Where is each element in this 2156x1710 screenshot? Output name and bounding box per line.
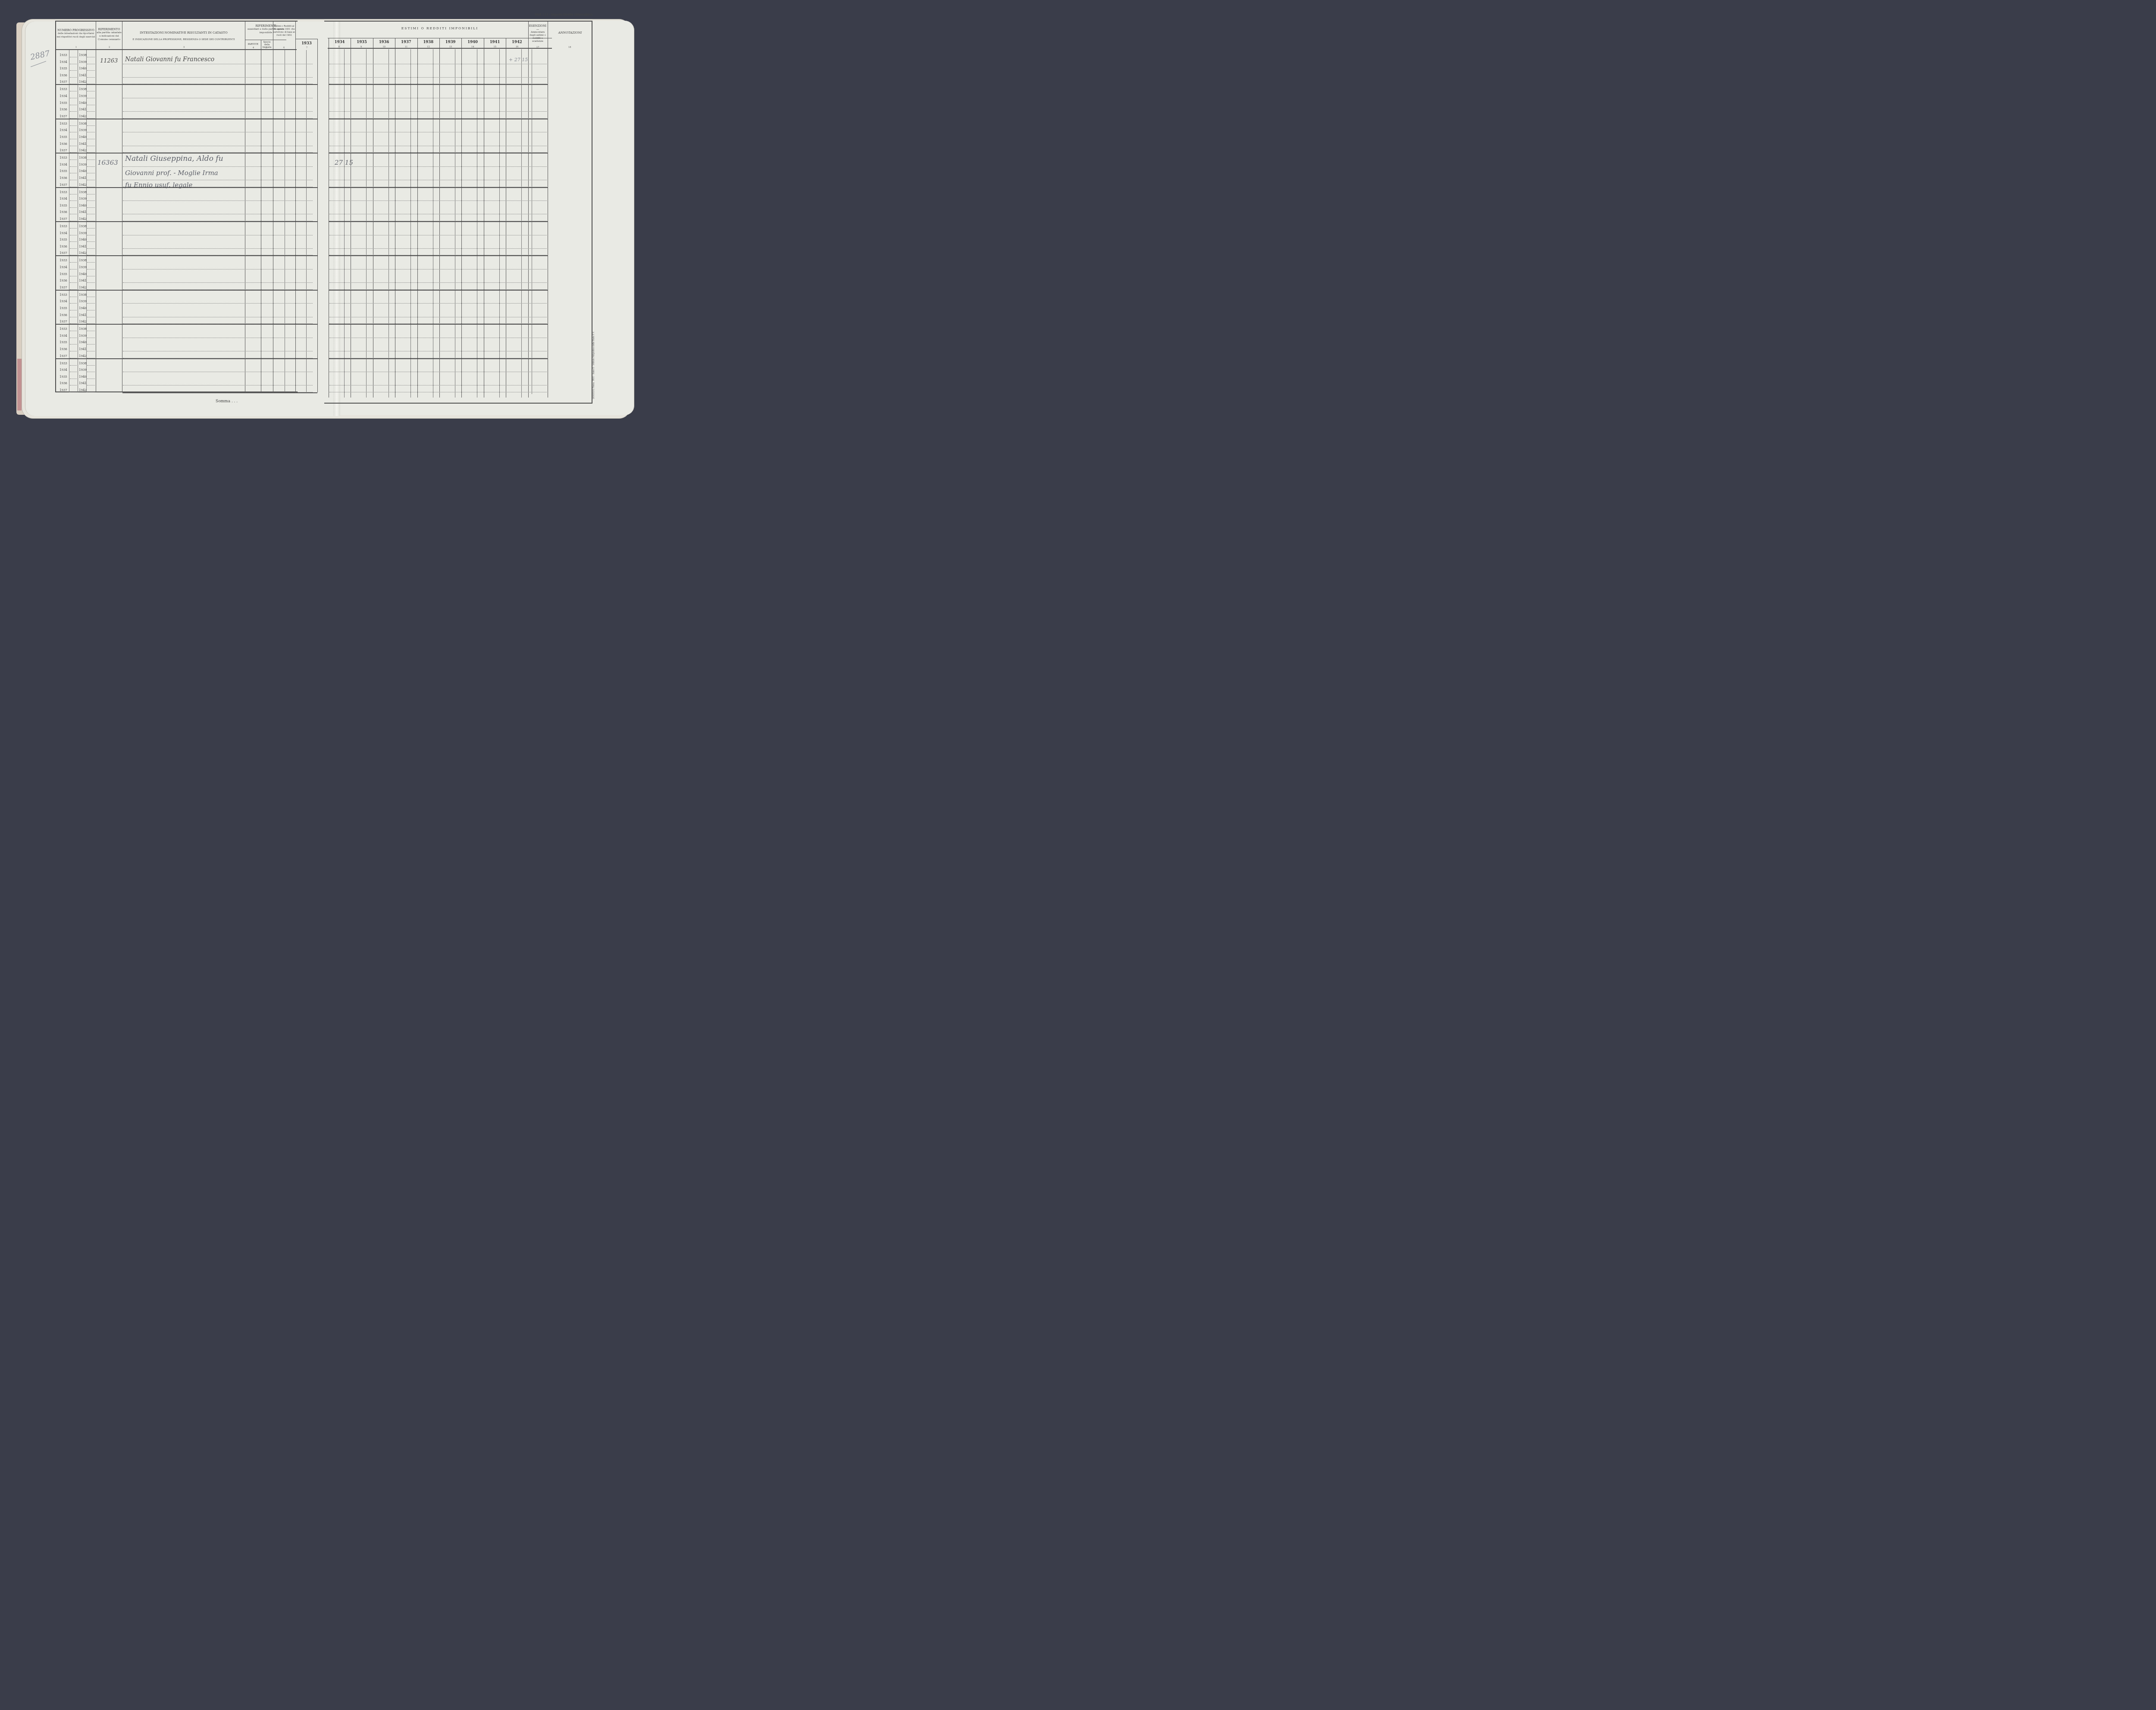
value-dotted-line xyxy=(329,64,547,64)
header-col2: RIFERIMENTO alla partita catastale e ind… xyxy=(97,28,122,41)
year-column-rule xyxy=(461,38,462,398)
header-col6: Estimi o Redditi al 31 agosto 1931 che s… xyxy=(273,25,295,37)
row-year-right: 1938 xyxy=(79,362,87,365)
year-cents-rule xyxy=(433,49,433,398)
row-dotted-line xyxy=(87,125,95,126)
row-year-left: 1937 xyxy=(60,183,67,187)
block-rule-right xyxy=(329,221,548,222)
row-dotted-line xyxy=(87,132,95,132)
row-dotted-line xyxy=(70,194,77,194)
row-year-right: 1938 xyxy=(79,156,87,160)
entry-dotted-line xyxy=(123,77,313,78)
row-year-left: 1935 xyxy=(60,169,67,173)
entry-4-partita: 16363 xyxy=(97,159,118,166)
col7-number: 7 xyxy=(306,47,307,49)
value-dotted-line xyxy=(329,235,547,235)
row-dotted-line xyxy=(70,57,77,57)
row-dotted-line xyxy=(70,351,77,351)
year-colnum-13: 13 xyxy=(449,46,452,48)
row-year-right: 1941 xyxy=(79,382,87,385)
row-year-right: 1942 xyxy=(79,149,87,152)
block-rule-left xyxy=(56,221,317,222)
col1-subtitle: delle intestazioni da riportarsi nei ris… xyxy=(56,32,96,39)
year-column-rule xyxy=(373,38,373,398)
row-dotted-line xyxy=(87,146,95,146)
row-year-left: 1936 xyxy=(60,348,67,351)
row-year-right: 1941 xyxy=(79,245,87,248)
year-cents-rule xyxy=(521,49,522,398)
row-dotted-line xyxy=(87,173,95,173)
year-header-1939: 1939 xyxy=(439,40,461,44)
value-dotted-line xyxy=(329,338,547,338)
row-dotted-line xyxy=(87,303,95,304)
entry-dotted-line xyxy=(123,166,313,167)
row-year-left: 1937 xyxy=(60,354,67,358)
row-dotted-line xyxy=(87,194,95,194)
row-dotted-line xyxy=(70,173,77,173)
block-rule-left xyxy=(56,153,317,153)
col17-subtitle: Ammontare degli estimi o redditi e scade… xyxy=(528,31,548,43)
block-rule-left xyxy=(56,290,317,291)
year-colnum-15: 15 xyxy=(494,46,496,48)
header-col18: ANNOTAZIONI xyxy=(548,31,592,34)
row-dotted-line xyxy=(70,392,77,392)
row-year-right: 1940 xyxy=(79,67,87,70)
block-rule-left xyxy=(56,358,317,359)
entry-dotted-line xyxy=(123,200,313,201)
value-dotted-line xyxy=(329,98,547,98)
row-year-left: 1933 xyxy=(60,362,67,365)
col2-title: RIFERIMENTO xyxy=(97,28,122,31)
row-year-right: 1939 xyxy=(79,128,87,132)
row-year-right: 1941 xyxy=(79,74,87,77)
value-dotted-line xyxy=(329,303,547,304)
row-year-left: 1936 xyxy=(60,210,67,214)
year-colnum-16: 16 xyxy=(516,46,518,48)
row-year-right: 1938 xyxy=(79,293,87,297)
year-header-1938: 1938 xyxy=(417,40,439,44)
row-year-left: 1934 xyxy=(60,60,67,64)
year-cents-rule xyxy=(477,49,477,398)
right-ledger-table xyxy=(324,21,592,404)
row-dotted-line xyxy=(70,160,77,160)
entry-dotted-line xyxy=(123,269,313,269)
col18-number: 18 xyxy=(568,46,571,49)
row-year-right: 1941 xyxy=(79,176,87,180)
row-year-right: 1942 xyxy=(79,286,87,289)
row-year-left: 1934 xyxy=(60,163,67,166)
entry-dotted-line xyxy=(123,317,313,317)
value-dotted-line xyxy=(329,351,547,351)
somma-rule xyxy=(122,392,317,393)
col2-number: 2 xyxy=(109,46,110,49)
row-dotted-line xyxy=(70,146,77,146)
row-dotted-line xyxy=(87,392,95,392)
row-year-right: 1939 xyxy=(79,197,87,200)
value-dotted-line xyxy=(329,77,547,78)
row-dotted-line xyxy=(70,365,77,366)
row-year-right: 1940 xyxy=(79,341,87,344)
row-year-left: 1933 xyxy=(60,88,67,91)
row-year-right: 1938 xyxy=(79,225,87,228)
row-year-left: 1934 xyxy=(60,300,67,303)
row-dotted-line xyxy=(87,365,95,366)
year-header-1934: 1934 xyxy=(329,40,351,44)
row-year-right: 1940 xyxy=(79,169,87,173)
entry-dotted-line xyxy=(123,235,313,235)
row-dotted-line xyxy=(70,303,77,304)
row-year-right: 1938 xyxy=(79,191,87,194)
row-year-right: 1942 xyxy=(79,115,87,118)
row-dotted-line xyxy=(70,111,77,112)
entry-dotted-line xyxy=(123,282,313,283)
row-dotted-line xyxy=(87,57,95,57)
col3-title: INTESTAZIONI NOMINATIVE RISULTANTI IN CA… xyxy=(122,31,245,34)
row-year-right: 1942 xyxy=(79,388,87,392)
row-year-left: 1934 xyxy=(60,266,67,269)
row-year-right: 1940 xyxy=(79,101,87,105)
row-dotted-line xyxy=(70,207,77,208)
header-col4: PARTITE xyxy=(245,43,261,46)
row-dotted-line xyxy=(87,385,95,385)
row-year-left: 1937 xyxy=(60,251,67,255)
row-dotted-line xyxy=(87,70,95,71)
col18-left-rule xyxy=(548,22,548,398)
value-dotted-line xyxy=(329,317,547,317)
row-year-left: 1937 xyxy=(60,115,67,118)
entry-1-partita: 11263 xyxy=(100,58,118,64)
year-colnum-9: 9 xyxy=(360,46,362,48)
year-colnum-12: 12 xyxy=(427,46,429,48)
row-dotted-line xyxy=(70,214,77,214)
row-year-left: 1935 xyxy=(60,238,67,241)
year-header-1935: 1935 xyxy=(351,40,373,44)
form-code: Mod. 111 - Imposte Dirette (Intercalare)… xyxy=(535,13,593,16)
row-dotted-line xyxy=(70,372,77,372)
value-dotted-line xyxy=(329,200,547,201)
value-dotted-line xyxy=(329,372,547,372)
row-dotted-line xyxy=(87,214,95,214)
row-year-right: 1941 xyxy=(79,210,87,214)
year-cents-rule xyxy=(389,49,389,398)
row-year-left: 1936 xyxy=(60,382,67,385)
row-year-right: 1939 xyxy=(79,334,87,338)
row-year-right: 1939 xyxy=(79,163,87,166)
entry-dotted-line xyxy=(123,64,313,64)
row-year-left: 1936 xyxy=(60,313,67,317)
row-year-left: 1934 xyxy=(60,94,67,98)
row-year-right: 1940 xyxy=(79,375,87,379)
row-dotted-line xyxy=(70,70,77,71)
row-dotted-line xyxy=(70,105,77,105)
row-year-left: 1935 xyxy=(60,341,67,344)
header-col3: INTESTAZIONI NOMINATIVE RISULTANTI IN CA… xyxy=(122,31,245,41)
row-year-left: 1933 xyxy=(60,293,67,297)
value-dotted-line xyxy=(329,146,547,146)
row-dotted-line xyxy=(87,317,95,317)
row-year-left: 1937 xyxy=(60,320,67,323)
row-year-left: 1936 xyxy=(60,245,67,248)
entry-4-name-line3: fu Ennio usuf. legale xyxy=(125,181,192,189)
row-year-left: 1934 xyxy=(60,197,67,200)
row-dotted-line xyxy=(70,338,77,338)
row-dotted-line xyxy=(87,111,95,112)
col5-number: 5 xyxy=(266,47,267,49)
block-rule-right xyxy=(329,255,548,256)
row-dotted-line xyxy=(70,64,77,64)
col6-number: 6 xyxy=(283,47,285,49)
block-rule-right xyxy=(329,84,548,85)
header-col1: NUMERO PROGRESSIVO delle intestazioni da… xyxy=(56,28,96,39)
row-year-right: 1941 xyxy=(79,279,87,282)
row-dotted-line xyxy=(70,262,77,263)
row-dotted-line xyxy=(87,276,95,276)
row-year-right: 1939 xyxy=(79,60,87,64)
year-colnum-8: 8 xyxy=(338,46,340,48)
row-dotted-line xyxy=(70,276,77,276)
row-dotted-line xyxy=(87,160,95,160)
entry-dotted-line xyxy=(123,214,313,214)
entry-dotted-line xyxy=(123,338,313,338)
year-column-rule xyxy=(395,38,395,398)
left-column-rule xyxy=(261,40,261,392)
row-year-left: 1933 xyxy=(60,225,67,228)
row-dotted-line xyxy=(70,317,77,317)
row-year-right: 1940 xyxy=(79,204,87,207)
row-year-right: 1941 xyxy=(79,108,87,111)
col17-title: ESENZIONI xyxy=(528,24,548,28)
entry-dotted-line xyxy=(123,180,313,180)
col7-year-1933: 1933 xyxy=(296,41,317,46)
row-dotted-line xyxy=(70,228,77,229)
year-column-rule xyxy=(484,38,484,398)
row-dotted-line xyxy=(87,91,95,91)
col4-number: 4 xyxy=(253,47,254,49)
year-header-1942: 1942 xyxy=(506,40,528,44)
entry-dotted-line xyxy=(123,111,313,112)
row-dotted-line xyxy=(87,331,95,331)
row-year-left: 1935 xyxy=(60,101,67,105)
row-dotted-line xyxy=(70,379,77,379)
row-year-left: 1935 xyxy=(60,135,67,139)
year-colnum-11: 11 xyxy=(405,46,407,48)
row-year-right: 1939 xyxy=(79,300,87,303)
col1-title: NUMERO PROGRESSIVO xyxy=(56,28,96,32)
col17-dash: — xyxy=(528,28,548,31)
row-dotted-line xyxy=(87,248,95,249)
row-year-left: 1936 xyxy=(60,176,67,180)
value-dotted-line xyxy=(329,166,547,167)
row-year-right: 1940 xyxy=(79,135,87,139)
row-dotted-line xyxy=(70,282,77,283)
row-year-right: 1942 xyxy=(79,217,87,221)
row-dotted-line xyxy=(87,297,95,297)
entry-4-name-line1: Natali Giuseppina, Aldo fu xyxy=(125,154,223,163)
row-dotted-line xyxy=(87,139,95,139)
row-year-left: 1936 xyxy=(60,74,67,77)
row-year-left: 1934 xyxy=(60,334,67,338)
printer-note: (4103531) Roma, 1931 - Anno X - Istituto… xyxy=(593,269,595,399)
row-dotted-line xyxy=(70,331,77,331)
row-dotted-line xyxy=(87,282,95,283)
col17-left-rule xyxy=(528,22,529,398)
entry-4-value-1934: 27 15 xyxy=(335,159,353,166)
row-year-left: 1937 xyxy=(60,217,67,221)
row-dotted-line xyxy=(70,139,77,139)
row-year-right: 1942 xyxy=(79,320,87,323)
year-header-1936: 1936 xyxy=(373,40,395,44)
row-year-left: 1934 xyxy=(60,232,67,235)
left-column-rule xyxy=(96,22,96,392)
row-year-left: 1934 xyxy=(60,128,67,132)
row-dotted-line xyxy=(70,132,77,132)
row-dotted-line xyxy=(70,297,77,297)
row-year-right: 1938 xyxy=(79,122,87,125)
block-rule-left xyxy=(56,255,317,256)
col3-subtitle: E INDICAZIONE DELLA PROFESSIONE, RESIDEN… xyxy=(122,38,245,41)
value-dotted-line xyxy=(329,214,547,214)
block-rule-right xyxy=(329,153,548,153)
year-colnum-10: 10 xyxy=(383,46,385,48)
entry-dotted-line xyxy=(123,146,313,146)
row-year-right: 1938 xyxy=(79,88,87,91)
row-dotted-line xyxy=(87,338,95,338)
block-rule-left xyxy=(56,84,317,85)
year-column-rule xyxy=(417,38,418,398)
entry-dotted-line xyxy=(123,132,313,132)
col18-title: ANNOTAZIONI xyxy=(548,31,592,34)
left-column-rule xyxy=(317,39,318,392)
entry-1-name: Natali Giovanni fu Francesco xyxy=(125,56,214,63)
row-dotted-line xyxy=(87,379,95,379)
row-year-right: 1938 xyxy=(79,259,87,262)
row-dotted-line xyxy=(87,77,95,78)
year-header-1940: 1940 xyxy=(461,40,483,44)
row-dotted-line xyxy=(70,248,77,249)
estimi-title: ESTIMI O REDDITI IMPONIBILI xyxy=(328,27,552,30)
value-dotted-line xyxy=(329,248,547,249)
value-dotted-line xyxy=(329,180,547,180)
row-year-left: 1935 xyxy=(60,375,67,379)
row-dotted-line xyxy=(70,235,77,235)
row-year-right: 1942 xyxy=(79,183,87,187)
row-dotted-line xyxy=(70,125,77,126)
year-column-rule xyxy=(506,38,506,398)
row-year-right: 1938 xyxy=(79,327,87,331)
row-year-left: 1937 xyxy=(60,388,67,392)
row-dotted-line xyxy=(87,64,95,64)
row-year-right: 1941 xyxy=(79,142,87,146)
row-dotted-line xyxy=(70,385,77,385)
row-year-right: 1942 xyxy=(79,251,87,255)
col2-subtitle: alla partita catastale e indicazioni del… xyxy=(97,31,122,41)
row-dotted-line xyxy=(87,262,95,263)
row-dotted-line xyxy=(70,241,77,242)
row-year-left: 1933 xyxy=(60,259,67,262)
entry-4-name-line2: Giovanni prof. - Moglie Irma xyxy=(125,169,218,177)
row-year-left: 1934 xyxy=(60,368,67,372)
row-year-right: 1941 xyxy=(79,348,87,351)
riferimenti-sub-rule xyxy=(245,40,286,40)
somma-label: Somma . . . xyxy=(216,399,238,404)
entry-dotted-line xyxy=(123,248,313,249)
row-year-left: 1933 xyxy=(60,327,67,331)
row-dotted-line xyxy=(87,372,95,372)
year-header-1937: 1937 xyxy=(395,40,417,44)
col3-number: 3 xyxy=(183,46,185,49)
col4-title: PARTITE xyxy=(245,43,261,46)
block-rule-right xyxy=(329,324,548,325)
row-dotted-line xyxy=(70,98,77,98)
block-rule-right xyxy=(329,187,548,188)
value-dotted-line xyxy=(329,132,547,132)
entry-dotted-line xyxy=(123,385,313,385)
year-cents-rule xyxy=(455,49,455,398)
col17-number: 17 xyxy=(536,46,539,49)
row-dotted-line xyxy=(87,166,95,167)
row-year-left: 1935 xyxy=(60,272,67,276)
year-cents-rule xyxy=(344,49,345,398)
year-column-rule xyxy=(351,38,351,398)
entry-dotted-line xyxy=(123,98,313,98)
value-dotted-line xyxy=(329,269,547,269)
row-year-left: 1937 xyxy=(60,80,67,84)
row-year-left: 1933 xyxy=(60,156,67,160)
row-dotted-line xyxy=(87,200,95,201)
row-year-left: 1933 xyxy=(60,53,67,57)
year-cents-rule xyxy=(366,49,367,398)
row-dotted-line xyxy=(70,310,77,310)
row-year-left: 1936 xyxy=(60,108,67,111)
entry-1-value-1942: + 27 15 xyxy=(509,57,528,63)
row-year-left: 1937 xyxy=(60,286,67,289)
row-dotted-line xyxy=(87,235,95,235)
row-year-right: 1940 xyxy=(79,238,87,241)
row-year-left: 1937 xyxy=(60,149,67,152)
row-year-right: 1939 xyxy=(79,266,87,269)
row-year-right: 1939 xyxy=(79,368,87,372)
row-year-right: 1942 xyxy=(79,80,87,84)
row-dotted-line xyxy=(87,351,95,351)
col7-top-rule xyxy=(296,39,317,39)
value-dotted-line xyxy=(329,392,547,392)
row-dotted-line xyxy=(87,344,95,345)
value-dotted-line xyxy=(329,385,547,385)
year-cents-rule xyxy=(499,49,500,398)
row-year-right: 1940 xyxy=(79,307,87,310)
row-dotted-line xyxy=(70,91,77,91)
row-dotted-line xyxy=(87,180,95,180)
row-year-right: 1940 xyxy=(79,272,87,276)
row-year-left: 1935 xyxy=(60,67,67,70)
row-dotted-line xyxy=(87,310,95,310)
year-column-rule xyxy=(329,38,329,398)
row-year-right: 1939 xyxy=(79,94,87,98)
row-dotted-line xyxy=(87,98,95,98)
col6-title: Estimi o Redditi al 31 agosto 1931 che s… xyxy=(273,25,295,37)
row-year-left: 1936 xyxy=(60,279,67,282)
block-rule-right xyxy=(329,290,548,291)
year-cents-rule xyxy=(411,49,411,398)
row-dotted-line xyxy=(70,166,77,167)
row-year-left: 1935 xyxy=(60,204,67,207)
entry-dotted-line xyxy=(123,351,313,351)
row-dotted-line xyxy=(70,269,77,269)
row-dotted-line xyxy=(87,241,95,242)
row-dotted-line xyxy=(70,344,77,345)
row-dotted-line xyxy=(87,269,95,269)
value-dotted-line xyxy=(329,282,547,283)
